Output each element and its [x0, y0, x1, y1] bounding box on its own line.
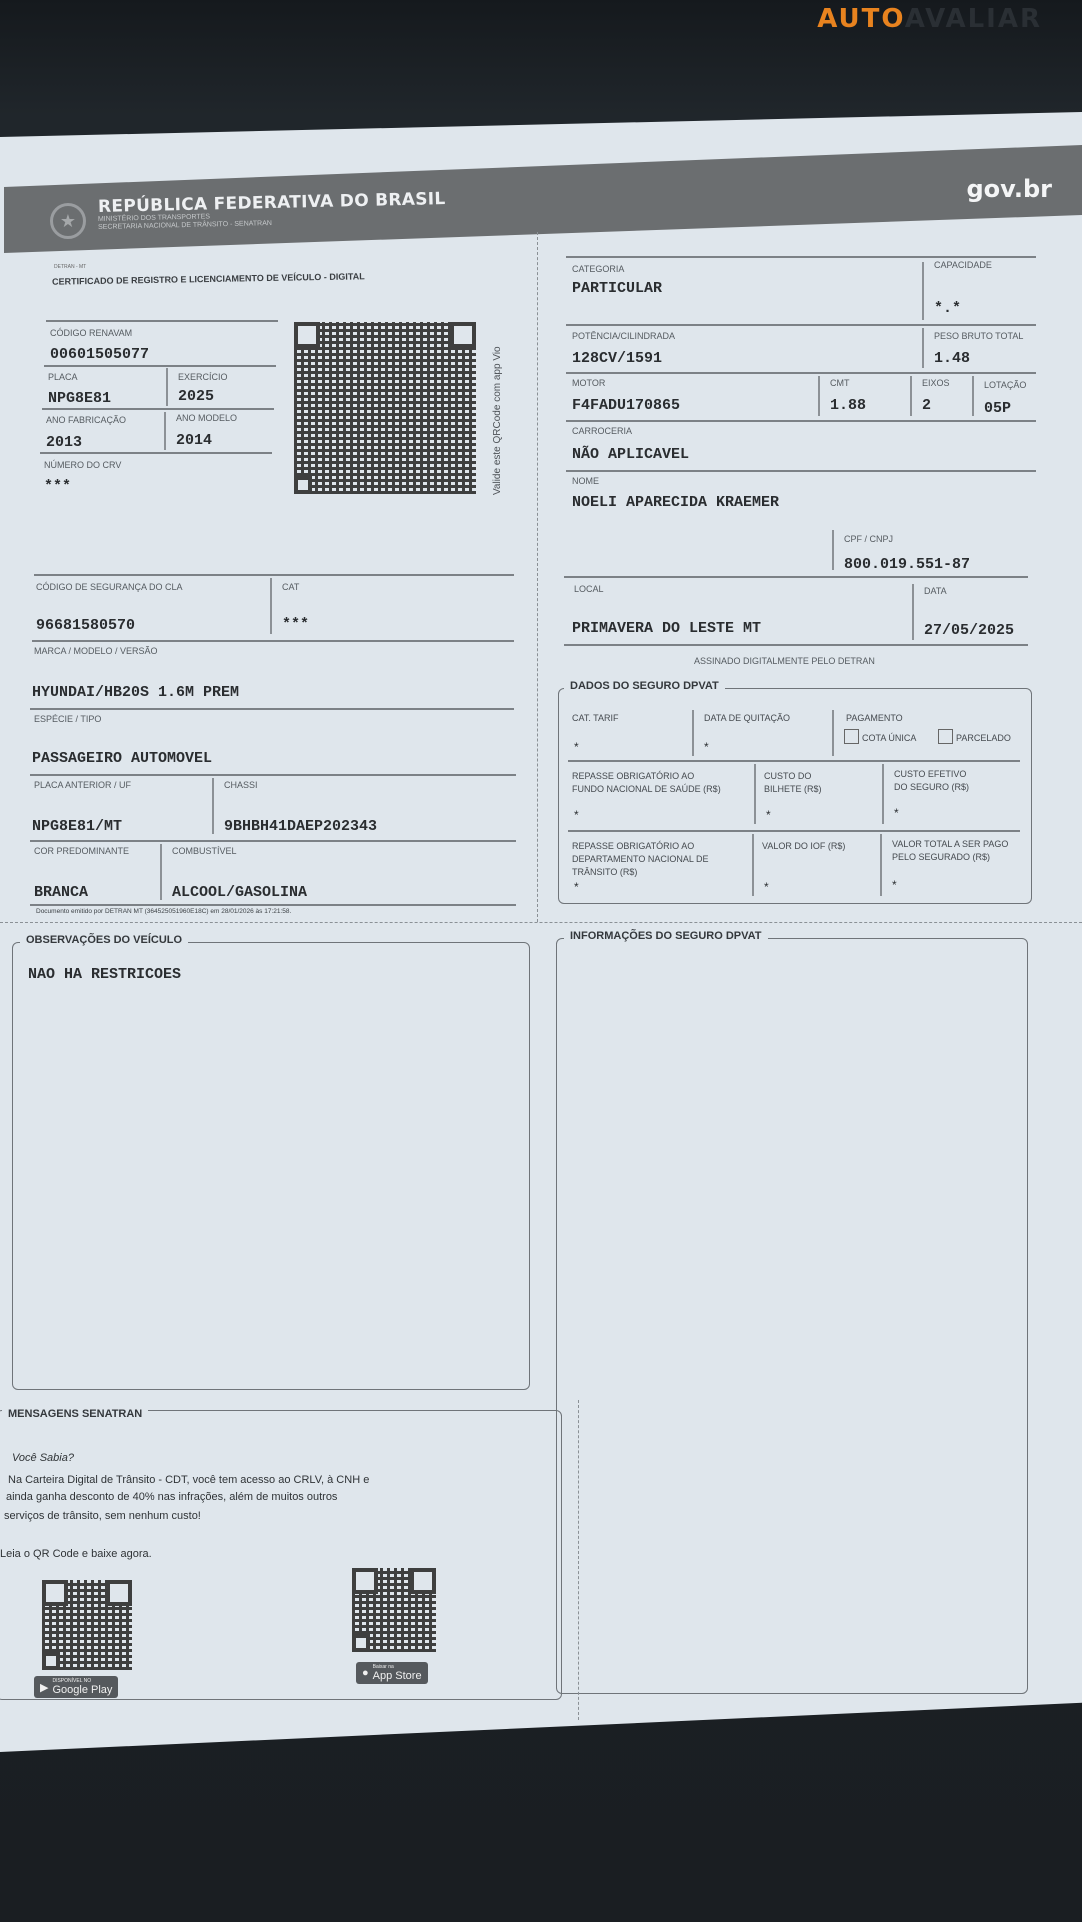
- google-play-qr-code: [42, 1580, 132, 1670]
- divider: [880, 834, 882, 896]
- divider: [566, 470, 1036, 472]
- watermark-brand-prefix: AUTO: [817, 4, 905, 34]
- divider: [832, 530, 834, 570]
- valor-iof-label: VALOR DO IOF (R$): [762, 840, 845, 853]
- watermark-brand-suffix: AVALIAR: [905, 4, 1042, 34]
- divider: [46, 320, 278, 322]
- repasse-denatran-label: REPASSE OBRIGATÓRIO AODEPARTAMENTO NACIO…: [572, 840, 709, 879]
- parcelado-label: PARCELADO: [956, 732, 1011, 745]
- data-quitacao-value: *: [704, 740, 709, 754]
- carroceria-label: CARROCERIA: [572, 426, 632, 436]
- ano-fabricacao-label: ANO FABRICAÇÃO: [46, 415, 126, 425]
- mensagens-cta: Leia o QR Code e baixe agora.: [0, 1548, 152, 1560]
- numero-crv-label: NÚMERO DO CRV: [44, 460, 121, 470]
- ano-fabricacao-value: 2013: [46, 434, 82, 451]
- divider: [270, 578, 272, 634]
- validation-qr-code: [294, 322, 476, 494]
- eixos-label: EIXOS: [922, 378, 950, 388]
- chassi-label: CHASSI: [224, 780, 258, 790]
- renavam-value: 00601505077: [50, 346, 149, 363]
- divider: [564, 576, 1028, 578]
- peso-bruto-label: PESO BRUTO TOTAL: [934, 331, 1023, 341]
- brasil-coat-of-arms-icon: ★: [50, 203, 86, 239]
- cor-label: COR PREDOMINANTE: [34, 846, 129, 856]
- numero-crv-value: ***: [44, 478, 71, 495]
- nome-value: NOELI APARECIDA KRAEMER: [572, 494, 779, 511]
- divider: [566, 324, 1036, 326]
- cota-unica-checkbox[interactable]: [844, 729, 859, 744]
- mensagens-line-1: Na Carteira Digital de Trânsito - CDT, v…: [8, 1474, 369, 1486]
- divider: [537, 232, 538, 922]
- codigo-seguranca-value: 96681580570: [36, 617, 135, 634]
- cpf-label: CPF / CNPJ: [844, 534, 893, 544]
- divider: [568, 760, 1020, 762]
- marca-modelo-label: MARCA / MODELO / VERSÃO: [34, 646, 158, 656]
- capacidade-label: CAPACIDADE: [934, 260, 992, 270]
- marca-modelo-value: HYUNDAI/HB20S 1.6M PREM: [32, 684, 239, 701]
- app-store-badge[interactable]: ● Baixar naApp Store: [356, 1662, 428, 1684]
- google-play-badge[interactable]: ▶ DISPONÍVEL NOGoogle Play: [34, 1676, 118, 1698]
- qr-caption: Valide este QRCode com app Vio: [492, 346, 503, 495]
- especie-tipo-value: PASSAGEIRO AUTOMOVEL: [32, 750, 212, 767]
- ano-modelo-label: ANO MODELO: [176, 413, 237, 423]
- valor-total-label: VALOR TOTAL A SER PAGOPELO SEGURADO (R$): [892, 838, 1008, 864]
- divider: [30, 840, 516, 842]
- local-label: LOCAL: [574, 584, 604, 594]
- divider: [752, 834, 754, 896]
- capacidade-value: *.*: [934, 300, 961, 317]
- repasse-denatran-value: *: [574, 880, 579, 894]
- custo-bilhete-label: CUSTO DOBILHETE (R$): [764, 770, 822, 796]
- divider: [30, 904, 516, 906]
- mensagens-line-3: serviços de trânsito, sem nenhum custo!: [4, 1510, 201, 1522]
- cmt-label: CMT: [830, 378, 850, 388]
- divider: [30, 708, 514, 710]
- pagamento-label: PAGAMENTO: [846, 712, 903, 725]
- divider: [566, 420, 1036, 422]
- combustivel-value: ALCOOL/GASOLINA: [172, 884, 307, 901]
- chassi-value: 9BHBH41DAEP202343: [224, 818, 377, 835]
- exercicio-label: EXERCÍCIO: [178, 372, 228, 382]
- divider: [164, 412, 166, 450]
- custo-efetivo-value: *: [894, 806, 899, 820]
- motor-value: F4FADU170865: [572, 397, 680, 414]
- lotacao-label: LOTAÇÃO: [984, 380, 1026, 390]
- divider: [972, 376, 974, 416]
- placa-anterior-label: PLACA ANTERIOR / UF: [34, 780, 131, 790]
- placa-value: NPG8E81: [48, 390, 111, 407]
- cota-unica-label: COTA ÚNICA: [862, 732, 916, 745]
- custo-bilhete-value: *: [766, 808, 771, 822]
- mensagens-line-2: ainda ganha desconto de 40% nas infraçõe…: [6, 1491, 337, 1503]
- potencia-label: POTÊNCIA/CILINDRADA: [572, 331, 675, 341]
- document-footnote: Documento emitido por DETRAN MT (3645250…: [36, 908, 291, 915]
- local-value: PRIMAVERA DO LESTE MT: [572, 620, 761, 637]
- divider: [166, 368, 168, 406]
- divider: [832, 710, 834, 756]
- dpvat-title: DADOS DO SEGURO DPVAT: [564, 680, 725, 692]
- divider: [40, 452, 272, 454]
- cat-tarif-label: CAT. TARIF: [572, 712, 619, 725]
- carroceria-value: NÃO APLICAVEL: [572, 446, 689, 463]
- cat-label: CAT: [282, 582, 299, 592]
- repasse-fns-value: *: [574, 808, 579, 822]
- info-dpvat-title: INFORMAÇÕES DO SEGURO DPVAT: [564, 930, 768, 942]
- divider: [912, 584, 914, 640]
- play-triangle-icon: ▶: [40, 1681, 48, 1694]
- divider: [42, 408, 274, 410]
- codigo-seguranca-label: CÓDIGO DE SEGURANÇA DO CLA: [36, 582, 183, 592]
- observacoes-title: OBSERVAÇÕES DO VEÍCULO: [20, 934, 188, 946]
- cmt-value: 1.88: [830, 397, 866, 414]
- header-title: REPÚBLICA FEDERATIVA DO BRASIL: [98, 189, 446, 217]
- mensagens-title: MENSAGENS SENATRAN: [2, 1408, 148, 1420]
- info-dpvat-box: [556, 938, 1028, 1694]
- divider: [212, 778, 214, 834]
- valor-total-value: *: [892, 878, 897, 892]
- divider: [754, 764, 756, 824]
- divider: [568, 830, 1020, 832]
- issuer-small: DETRAN - MT: [54, 264, 86, 270]
- observacoes-box: [12, 942, 530, 1390]
- divider: [160, 844, 162, 900]
- lotacao-value: 05P: [984, 400, 1011, 417]
- divider: [0, 922, 1082, 923]
- categoria-label: CATEGORIA: [572, 264, 624, 274]
- combustivel-label: COMBUSTÍVEL: [172, 846, 237, 856]
- divider: [34, 574, 514, 576]
- placa-label: PLACA: [48, 372, 78, 382]
- parcelado-checkbox[interactable]: [938, 729, 953, 744]
- divider: [564, 644, 1028, 646]
- divider: [818, 376, 820, 416]
- divider: [922, 262, 924, 320]
- mensagens-question: Você Sabia?: [12, 1452, 74, 1464]
- categoria-value: PARTICULAR: [572, 280, 662, 297]
- divider: [32, 640, 514, 642]
- exercicio-value: 2025: [178, 388, 214, 405]
- app-store-qr-code: [352, 1568, 436, 1652]
- data-label: DATA: [924, 586, 947, 596]
- divider: [44, 365, 276, 367]
- ano-modelo-value: 2014: [176, 432, 212, 449]
- observacoes-value: NAO HA RESTRICOES: [28, 966, 181, 983]
- cat-tarif-value: *: [574, 740, 579, 754]
- repasse-fns-label: REPASSE OBRIGATÓRIO AOFUNDO NACIONAL DE …: [572, 770, 721, 796]
- divider: [578, 1400, 579, 1720]
- eixos-value: 2: [922, 397, 931, 414]
- especie-tipo-label: ESPÉCIE / TIPO: [34, 714, 101, 724]
- govbr-logo: gov.br: [967, 175, 1053, 203]
- custo-efetivo-label: CUSTO EFETIVODO SEGURO (R$): [894, 768, 969, 794]
- cpf-value: 800.019.551-87: [844, 556, 970, 573]
- nome-label: NOME: [572, 476, 599, 486]
- potencia-value: 128CV/1591: [572, 350, 662, 367]
- watermark: AUTOAVALIAR: [817, 4, 1042, 34]
- placa-anterior-value: NPG8E81/MT: [32, 818, 122, 835]
- cor-value: BRANCA: [34, 884, 88, 901]
- data-value: 27/05/2025: [924, 622, 1014, 639]
- apple-icon: ●: [362, 1667, 369, 1679]
- divider: [566, 372, 1036, 374]
- valor-iof-value: *: [764, 880, 769, 894]
- data-quitacao-label: DATA DE QUITAÇÃO: [704, 712, 790, 725]
- google-play-label: Google Play: [52, 1684, 112, 1696]
- divider: [882, 764, 884, 824]
- cat-value: ***: [282, 616, 309, 633]
- header-subtitle: MINISTÉRIO DOS TRANSPORTES SECRETARIA NA…: [98, 212, 272, 232]
- peso-bruto-value: 1.48: [934, 350, 970, 367]
- divider: [692, 710, 694, 756]
- divider: [910, 376, 912, 416]
- renavam-label: CÓDIGO RENAVAM: [50, 328, 132, 338]
- divider: [922, 328, 924, 368]
- app-store-label: App Store: [373, 1670, 422, 1682]
- divider: [566, 256, 1036, 258]
- motor-label: MOTOR: [572, 378, 605, 388]
- signed-note: ASSINADO DIGITALMENTE PELO DETRAN: [694, 656, 875, 666]
- divider: [30, 774, 516, 776]
